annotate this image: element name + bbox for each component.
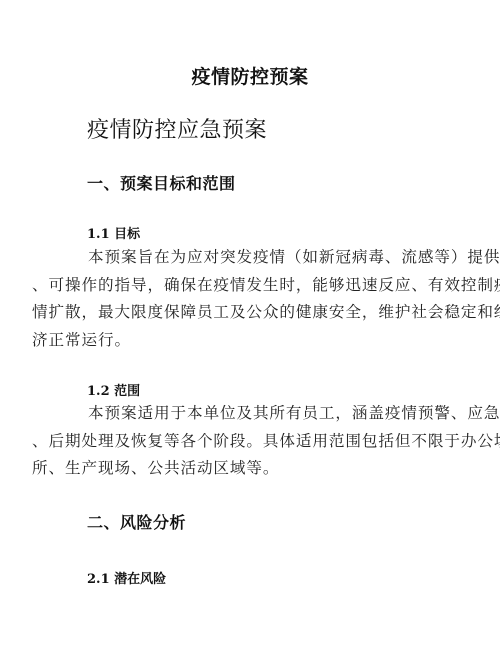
- paragraph-line: 、后期处理及恢复等各个阶段。具体适用范围包括但不限于办公场: [32, 428, 442, 456]
- document-title: 疫情防控预案: [0, 62, 500, 89]
- paragraph-scope: 本预案适用于本单位及其所有员工，涵盖疫情预警、应急响应 、后期处理及恢复等各个阶…: [60, 400, 442, 483]
- section-heading-goals-scope: 一、预案目标和范围: [87, 171, 236, 194]
- paragraph-line: 济正常运行。: [32, 327, 442, 355]
- paragraph-goal: 本预案旨在为应对突发疫情（如新冠病毒、流感等）提供清晰 、可操作的指导，确保在疫…: [60, 244, 442, 354]
- document-page: 疫情防控预案 疫情防控应急预案 一、预案目标和范围 1.1 目标 本预案旨在为应…: [0, 0, 500, 647]
- paragraph-line: 本预案适用于本单位及其所有员工，涵盖疫情预警、应急响应: [60, 400, 442, 428]
- paragraph-line: 本预案旨在为应对突发疫情（如新冠病毒、流感等）提供清晰: [60, 244, 442, 272]
- paragraph-line: 情扩散，最大限度保障员工及公众的健康安全，维护社会稳定和经: [32, 299, 442, 327]
- subsection-heading-potential-risks: 2.1 潜在风险: [87, 568, 166, 587]
- paragraph-line: 、可操作的指导，确保在疫情发生时，能够迅速反应、有效控制疫: [32, 272, 442, 300]
- subsection-heading-scope: 1.2 范围: [87, 380, 140, 399]
- subsection-heading-goal: 1.1 目标: [87, 223, 140, 242]
- main-heading: 疫情防控应急预案: [87, 113, 267, 144]
- paragraph-line: 所、生产现场、公共活动区域等。: [32, 455, 442, 483]
- section-heading-risk-analysis: 二、风险分析: [87, 510, 186, 533]
